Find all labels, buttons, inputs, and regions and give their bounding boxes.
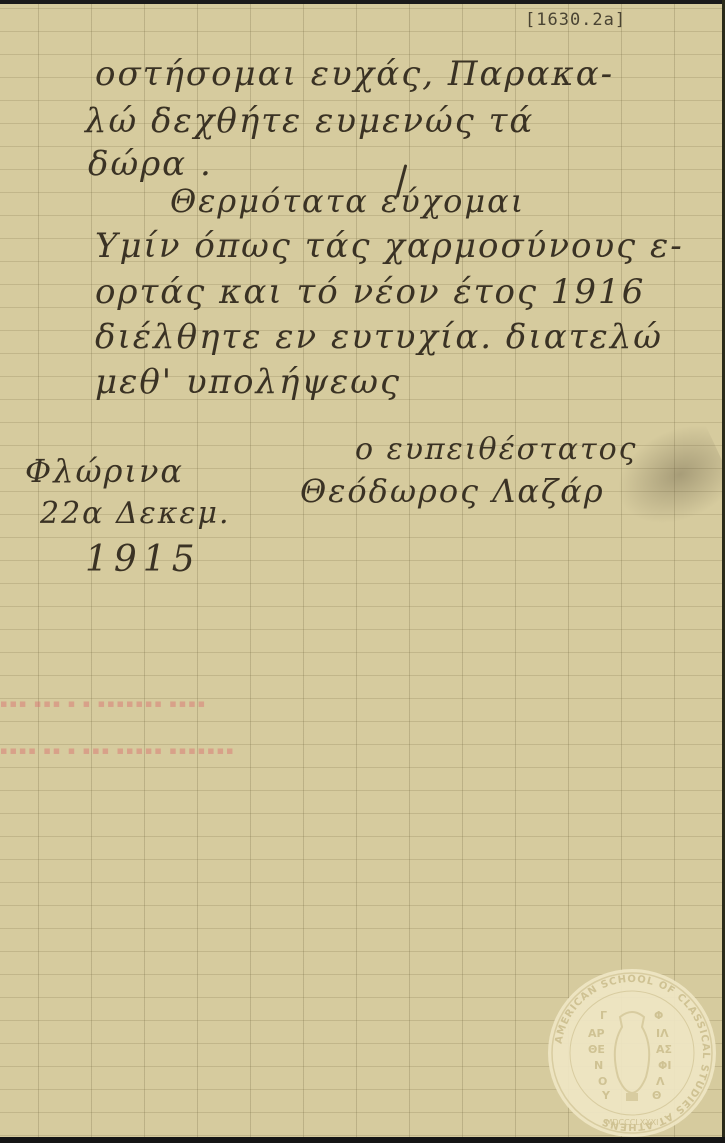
letter-line-7: διέλθητε εν ευτυχία. διατελώ — [95, 317, 663, 357]
svg-text:Ν: Ν — [594, 1059, 603, 1072]
closing-phrase: ο ευπειθέστατος — [355, 432, 637, 467]
svg-text:ΑΣ: ΑΣ — [656, 1043, 672, 1056]
institution-seal-icon: AMERICAN SCHOOL OF CLASSICAL STUDIES AT … — [542, 967, 722, 1137]
letter-line-5: Υμίν όπως τάς χαρμοσύνους ε- — [95, 226, 684, 266]
faint-bleedthrough-text: ▪▪▪ ▪▪▪ ▪ ▪ ▪▪▪▪▪▪▪ ▪▪▪▪ — [0, 697, 207, 710]
svg-text:Θ: Θ — [652, 1089, 661, 1102]
letter-line-1: οστήσομαι ευχάς, Παρακα- — [95, 54, 614, 94]
svg-text:Φ: Φ — [654, 1009, 663, 1022]
svg-text:ΘΕ: ΘΕ — [588, 1043, 605, 1056]
letter-year: 1915 — [85, 539, 201, 580]
archive-reference: [1630.2a] — [525, 10, 626, 30]
svg-text:ΑΡ: ΑΡ — [588, 1027, 605, 1040]
svg-text:Γ: Γ — [600, 1009, 607, 1022]
scan-bottom-border — [0, 1137, 725, 1143]
svg-text:Λ: Λ — [656, 1075, 665, 1088]
signature: Θεόδωρος Λαζάρ — [300, 472, 605, 510]
letter-page: [1630.2a] οστήσομαι ευχάς, Παρακα- λώ δε… — [0, 4, 722, 1137]
svg-text:ΦΙ: ΦΙ — [658, 1059, 671, 1072]
svg-text:MDCCCLXXXI: MDCCCLXXXI — [605, 1118, 658, 1127]
svg-text:Υ: Υ — [601, 1089, 611, 1102]
letter-line-4: Θερμότατα εύχομαι — [170, 182, 525, 220]
faint-bleedthrough-text: ▪▪▪▪ ▪▪ ▪ ▪▪▪ ▪▪▪▪▪ ▪▪▪▪▪▪▪ — [0, 744, 236, 757]
letter-line-2: λώ δεχθήτε ευμενώς τά — [85, 101, 534, 141]
letter-line-6: ορτάς και τό νέον έτος 1916 — [95, 272, 645, 312]
svg-text:ΙΛ: ΙΛ — [656, 1027, 669, 1040]
svg-text:Ο: Ο — [598, 1075, 607, 1088]
letter-date: 22α Δεκεμ. — [40, 496, 231, 531]
place-name: Φλώρινα — [25, 452, 184, 490]
letter-line-8: μεθ' υπολήψεως — [95, 362, 401, 402]
letter-line-3: δώρα . — [88, 144, 213, 184]
